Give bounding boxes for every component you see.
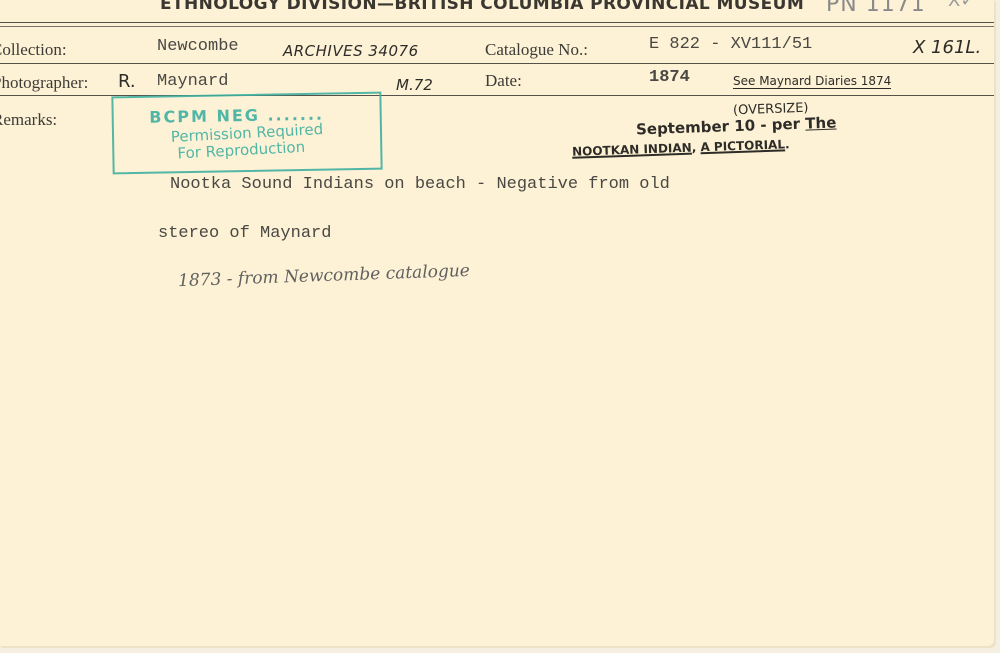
remark-book-title: NOOTKAN INDIAN [572, 141, 692, 159]
collection-value: Newcombe [157, 37, 239, 56]
header-rule [0, 22, 994, 23]
remark-end: . [785, 137, 790, 151]
card-header: ETHNOLOGY DIVISION—BRITISH COLUMBIA PROV… [160, 0, 804, 14]
header-annotation: PN 1171 [826, 0, 926, 17]
photographer-value: Maynard [157, 72, 228, 91]
description-line-1: Nootka Sound Indians on beach - Negative… [170, 175, 670, 194]
corner-mark: X✓ [948, 0, 975, 11]
row-rule-1 [0, 63, 994, 64]
date-value: 1874 [649, 68, 690, 87]
remark-line-1: September 10 - per The [636, 114, 837, 139]
date-label: Date: [485, 71, 522, 91]
catalogue-no-value: E 822 - XV111/51 [649, 35, 812, 54]
photographer-label: Photographer: [0, 73, 88, 93]
date-note: See Maynard Diaries 1874 [733, 74, 891, 89]
catalogue-card: ETHNOLOGY DIVISION—BRITISH COLUMBIA PROV… [0, 0, 994, 646]
catalogue-no-note: X 161L. [913, 37, 981, 58]
remarks-label: Remarks: [0, 110, 57, 130]
photographer-initial: R. [118, 71, 136, 92]
photographer-note: M.72 [396, 76, 433, 94]
collection-note: ARCHIVES 34076 [283, 42, 419, 60]
remark-book-subtitle: A PICTORIAL [700, 137, 785, 154]
remark-line-1-title: The [805, 114, 837, 133]
pencil-note: 1873 - from Newcombe catalogue [178, 261, 470, 291]
remark-line-2: NOOTKAN INDIAN, A PICTORIAL. [572, 137, 790, 159]
catalogue-no-label: Catalogue No.: [485, 40, 588, 60]
collection-label: Collection: [0, 40, 67, 60]
permission-stamp: BCPM NEG ....... Permission Required For… [111, 92, 382, 175]
remark-line-1-text: September 10 - per [636, 115, 806, 139]
description-line-2: stereo of Maynard [158, 224, 331, 243]
